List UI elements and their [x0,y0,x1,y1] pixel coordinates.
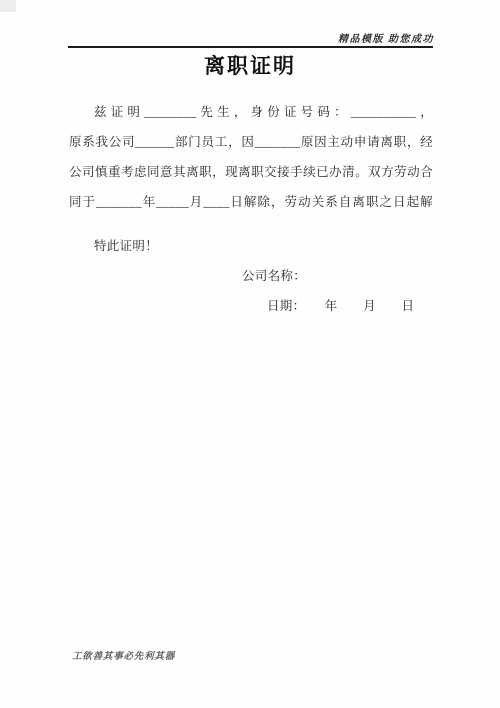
hereby-statement: 特此证明！ [69,231,433,261]
scan-corner-artifact [0,0,16,12]
document-body: 兹证明________先生，身份证号码：__________， 原系我公司___… [69,97,433,321]
header-rule [68,46,433,48]
footer-motto: 工欲善其事必先利其器 [72,648,175,662]
header-slogan: 精品模版 助您成功 [338,30,434,45]
body-line-4: 同于_______年_____月____日解除，劳动关系自离职之日起解除。 [69,187,433,217]
body-line-1: 兹证明________先生，身份证号码：__________， [69,97,433,127]
body-line-3: 公司慎重考虑同意其离职，现离职交接手续已办清。双方劳动合 [69,157,433,187]
company-name-label: 公司名称： [242,261,433,291]
body-line-2: 原系我公司______部门员工，因_______原因主动申请离职，经 [69,127,433,157]
date-line: 日期： 年 月 日 [267,291,433,321]
document-page: 精品模版 助您成功 离职证明 兹证明________先生，身份证号码：_____… [0,0,500,708]
page-title: 离职证明 [0,50,500,80]
